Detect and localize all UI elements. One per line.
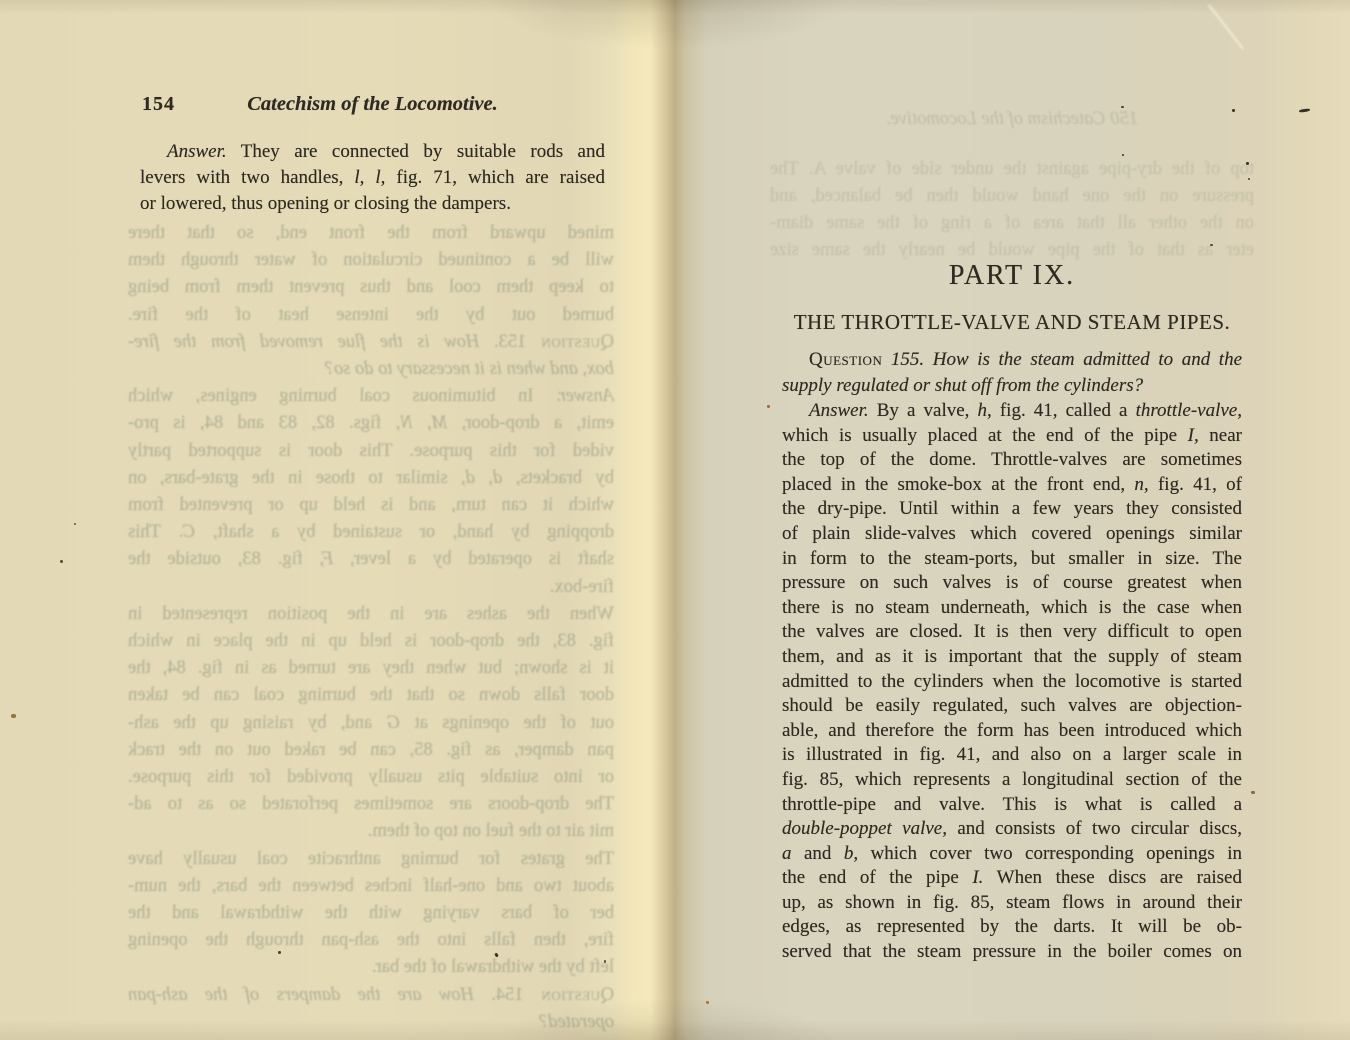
- paper-crease: [1208, 4, 1244, 49]
- text-line: When the ashes are in the position repre…: [128, 601, 614, 628]
- text-line: door falls down so that the burning coal…: [128, 682, 614, 709]
- ink-speck: [767, 405, 770, 408]
- ink-speck: [706, 1001, 709, 1004]
- left-page-header: 154 Catechism of the Locomotive.: [140, 93, 605, 119]
- text-line: the valves are closed. It is then very d…: [782, 620, 1242, 645]
- text-line: burned out by the intense heat of the fi…: [128, 302, 614, 329]
- answer-paragraph: Answer. By a valve, h, fig. 41, called a…: [782, 399, 1242, 965]
- chapter-heading: THE THROTTLE-VALVE AND STEAM PIPES.: [770, 310, 1254, 335]
- text-line: or into suitable pits usually provided f…: [128, 764, 614, 791]
- text-line: out of the openings at G and, by raising…: [128, 710, 614, 737]
- text-line: there is no steam underneath, which is t…: [782, 596, 1242, 621]
- text-line: vided for this purpose. This door is sup…: [128, 438, 614, 465]
- text-line: fire, then falls into the ash-pan throug…: [128, 927, 614, 954]
- text-line: shaft is operated by a lever, F, fig. 83…: [128, 546, 614, 573]
- part-heading: PART IX.: [782, 260, 1242, 292]
- ink-speck: [604, 960, 606, 963]
- text-line: mined upward from the front end, so that…: [128, 220, 614, 247]
- text-line: the top of the dome. Throttle-valves are…: [782, 448, 1242, 473]
- text-line: fig. 83, the drop-door is held up in the…: [128, 628, 614, 655]
- text-line: the end of the pipe I. When these discs …: [782, 866, 1242, 891]
- ink-speck: [1232, 109, 1235, 112]
- text-line: of plain slide-valves which covered open…: [782, 522, 1242, 547]
- text-line: or lowered, thus opening or closing the …: [140, 191, 605, 217]
- text-line: which is usually placed at the end of th…: [782, 424, 1242, 449]
- ink-speck: [1251, 791, 1255, 794]
- text-line: served that the steam pressure in the bo…: [782, 940, 1242, 965]
- text-line: the dry-pipe. Until within a few years t…: [782, 497, 1242, 522]
- text-line: Answer. By a valve, h, fig. 41, called a…: [782, 399, 1242, 424]
- ink-speck: [1210, 244, 1213, 246]
- text-line: left by the withdrawal of the bar.: [128, 954, 614, 981]
- text-line: on the other all that area of a ring of …: [770, 210, 1254, 237]
- text-line: should be easily regulated, such valves …: [782, 694, 1242, 719]
- ink-speck: [11, 714, 16, 718]
- text-line: Question 154. How are the dampers of the…: [128, 982, 614, 1009]
- text-line: pressure on the one hand would then be b…: [770, 183, 1254, 210]
- text-line: fig. 85, which represents a longitudinal…: [782, 768, 1242, 793]
- text-line: placed in the smoke-box at the front end…: [782, 473, 1242, 498]
- text-line: pan damper, as fig. 85, can be raked out…: [128, 737, 614, 764]
- text-line: up, as shown in fig. 85, steam flows in …: [782, 891, 1242, 916]
- text-line: operated?: [128, 1009, 614, 1036]
- text-line: Question 155. How is the steam admitted …: [782, 347, 1242, 373]
- text-line: is illustrated in fig. 41, and also on a…: [782, 743, 1242, 768]
- ink-speck: [74, 523, 76, 525]
- running-title: Catechism of the Locomotive.: [140, 93, 605, 116]
- ink-speck: [1122, 154, 1124, 156]
- right-page-bleedthrough-header: 150 Catechism of the Locomotive.: [782, 106, 1242, 133]
- text-line: in form to the steam-ports, but smaller …: [782, 547, 1242, 572]
- text-line: ber of bars varying with the withdrawal …: [128, 900, 614, 927]
- text-line: emit, a drop-door, M, N, figs. 82, 83 an…: [128, 410, 614, 437]
- text-line: able, and therefore the form has been in…: [782, 719, 1242, 744]
- text-line: mit air to the fuel on top of them.: [128, 818, 614, 845]
- text-line: top of the dry-pipe against the under si…: [770, 156, 1254, 183]
- text-line: double-poppet valve, and consists of two…: [782, 817, 1242, 842]
- question-paragraph: Question 155. How is the steam admitted …: [782, 347, 1242, 398]
- text-line: fire-box.: [128, 574, 614, 601]
- left-page-paragraph: Answer. They are connected by suitable r…: [140, 139, 605, 217]
- text-line: to keep them cool and thus prevent them …: [128, 274, 614, 301]
- text-line: them, and as it is important that the su…: [782, 645, 1242, 670]
- text-line: The grates for burning anthracite coal u…: [128, 846, 614, 873]
- text-line: Answer. In bituminous coal burning engin…: [128, 383, 614, 410]
- text-line: The drop-doors are sometimes perforated …: [128, 791, 614, 818]
- text-line: levers with two handles, l, l, fig. 71, …: [140, 165, 605, 191]
- text-line: Answer. They are connected by suitable r…: [140, 139, 605, 165]
- left-page-bleedthrough: mined upward from the front end, so that…: [128, 220, 614, 1036]
- right-page-bleedthrough: top of the dry-pipe against the under si…: [770, 156, 1254, 264]
- text-line: throttle-pipe and valve. This is what is…: [782, 793, 1242, 818]
- text-line: by brackets, d, d, similar to those in t…: [128, 465, 614, 492]
- text-line: about two and one-half inches between th…: [128, 873, 614, 900]
- ink-speck: [1246, 162, 1249, 165]
- ink-speck: [278, 951, 281, 954]
- text-line: it is shown; but when they are turned as…: [128, 655, 614, 682]
- ink-speck: [1299, 108, 1310, 113]
- text-line: will be a continued circulation of water…: [128, 247, 614, 274]
- text-line: which it can turn, and is held up or pre…: [128, 492, 614, 519]
- text-line: edges, as represented by the darts. It w…: [782, 915, 1242, 940]
- text-line: Question 153. How is the flue removed fr…: [128, 329, 614, 356]
- text-line: admitted to the cylinders when the locom…: [782, 670, 1242, 695]
- text-line: supply regulated or shut off from the cy…: [782, 373, 1242, 399]
- text-line: box, and when is it necessary to do so?: [128, 356, 614, 383]
- ink-speck: [60, 560, 63, 563]
- text-line: dropping by hand, or sustained by a shaf…: [128, 519, 614, 546]
- book-scan: mined upward from the front end, so that…: [0, 0, 1350, 1040]
- text-line: pressure on such valves is of course gre…: [782, 571, 1242, 596]
- ink-speck: [1248, 178, 1250, 180]
- ink-speck: [1121, 106, 1124, 108]
- text-line: a and b, which cover two corresponding o…: [782, 842, 1242, 867]
